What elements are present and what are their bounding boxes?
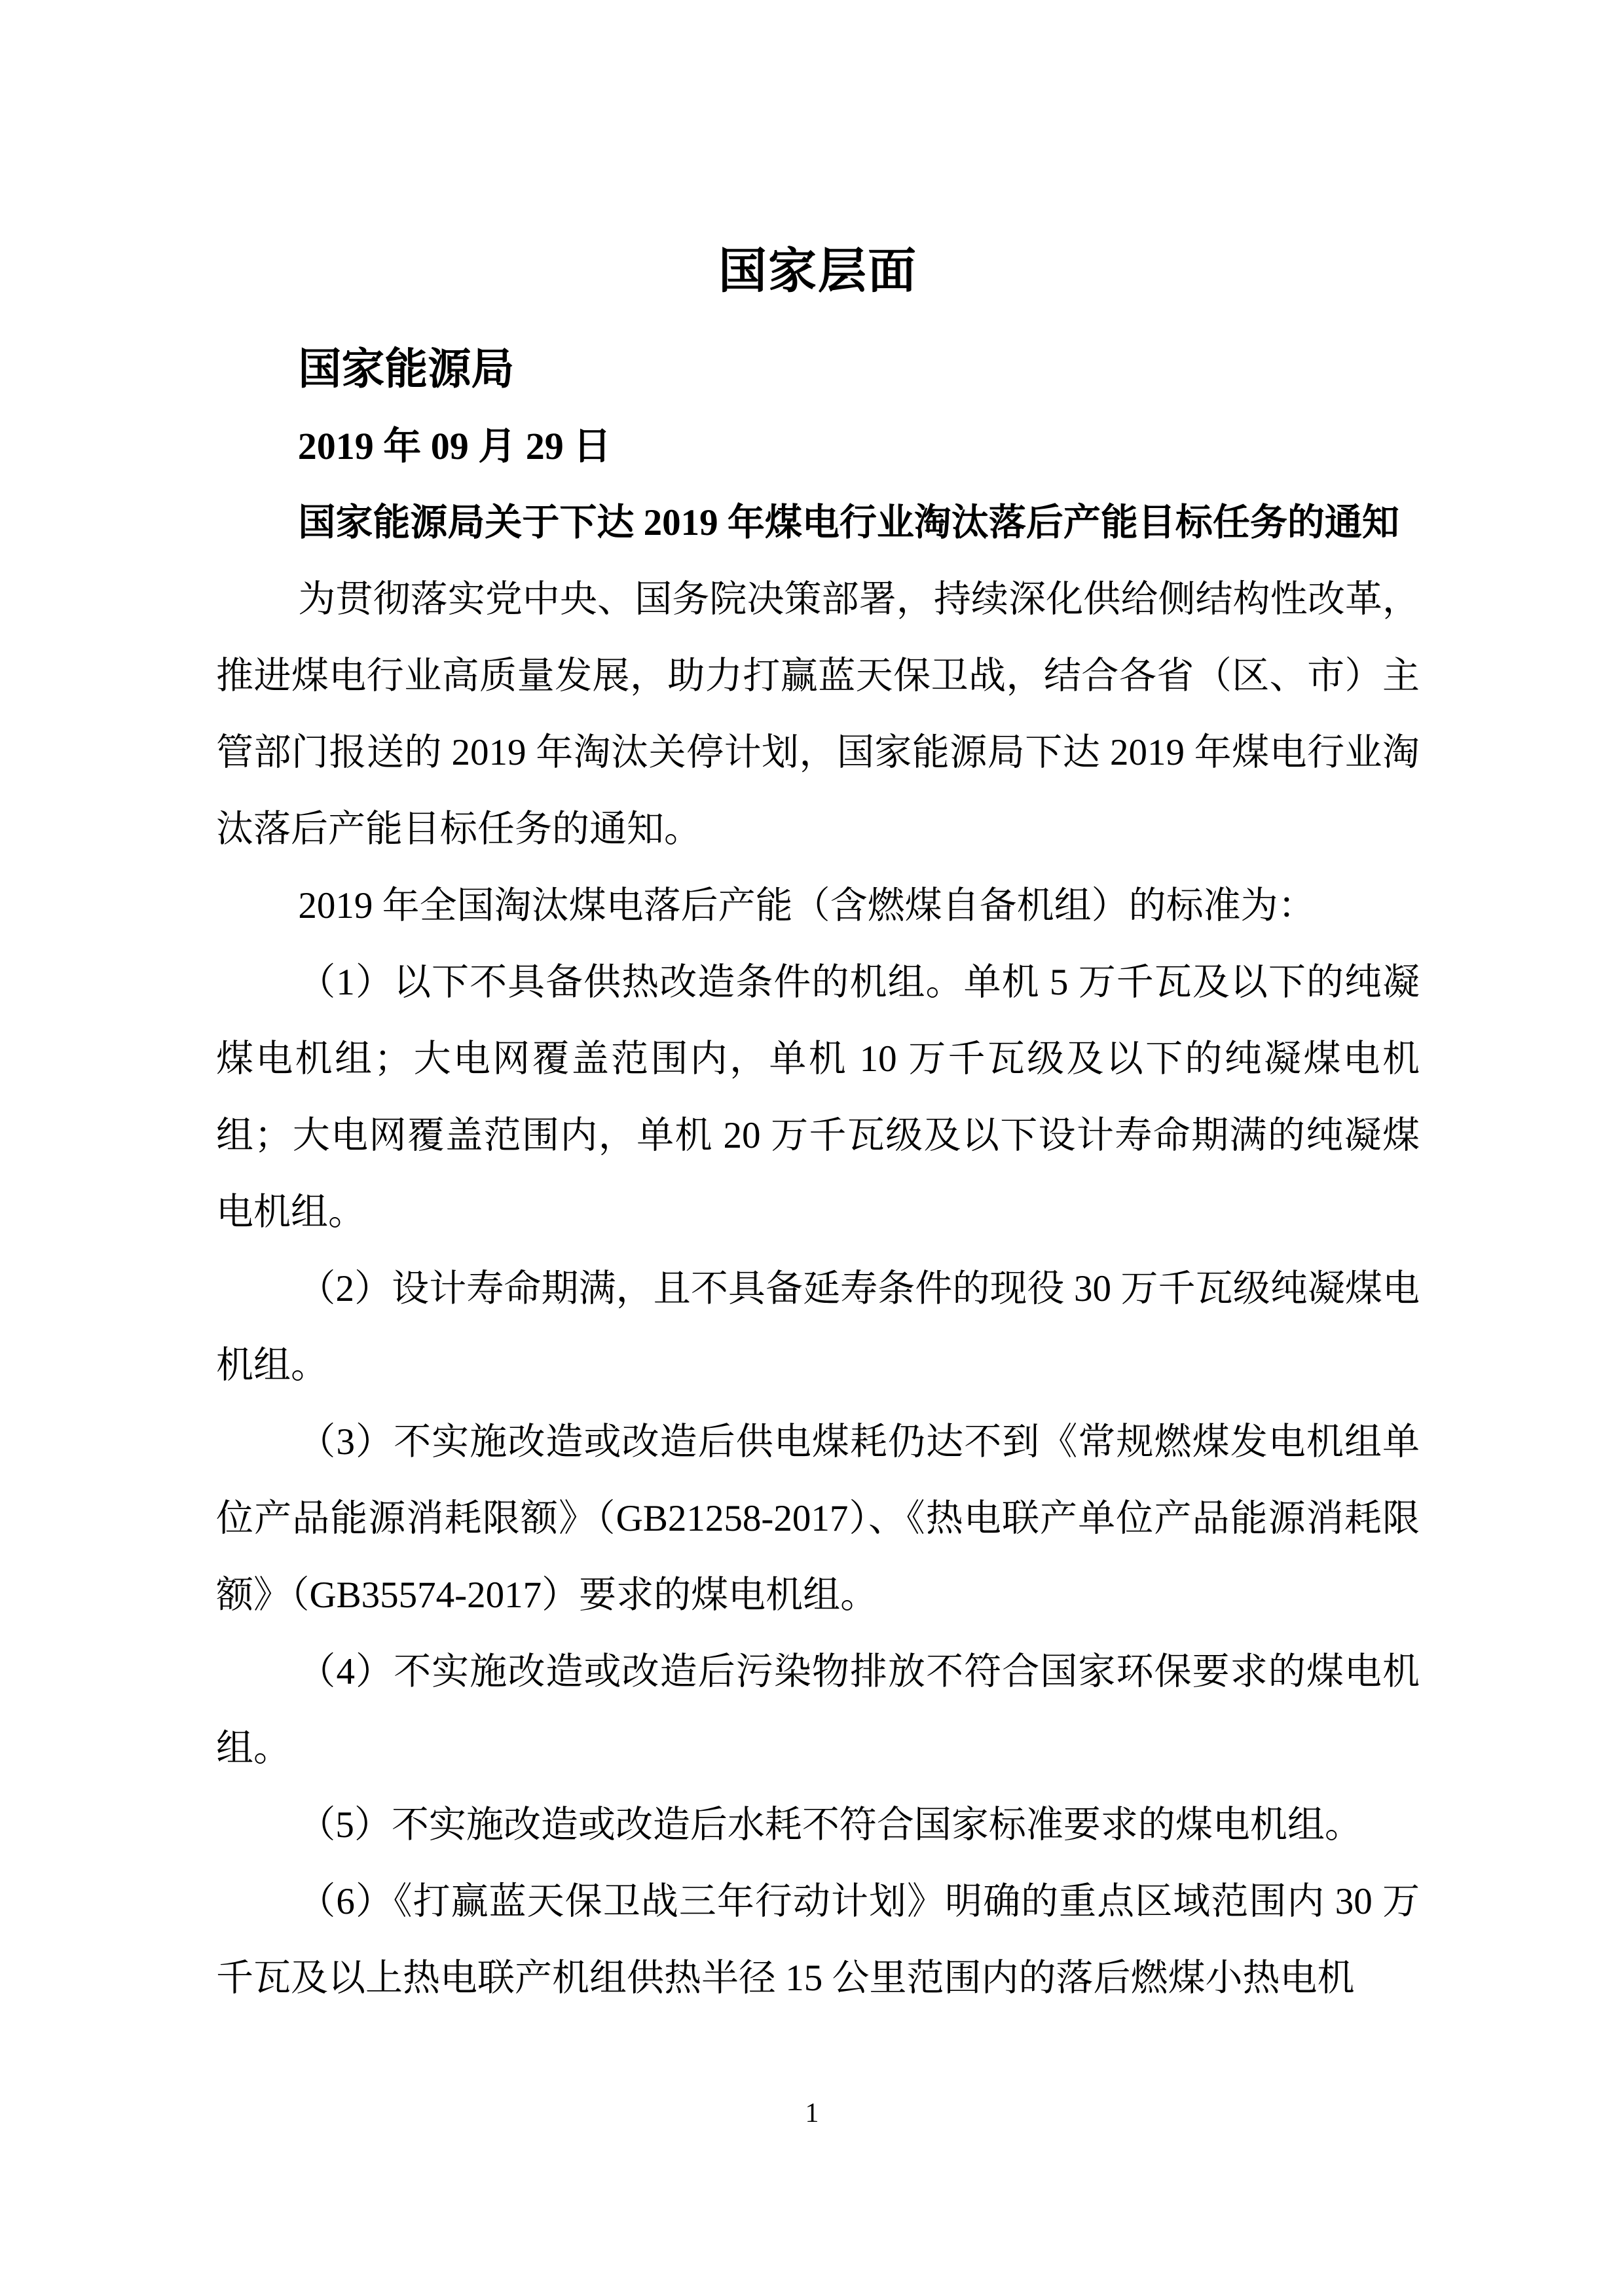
paragraph: （2）设计寿命期满，且不具备延寿条件的现役 30 万千瓦级纯凝煤电机组。 [216,1250,1420,1404]
page-title: 国家层面 [216,239,1420,304]
paragraph: （5）不实施改造或改造后水耗不符合国家标准要求的煤电机组。 [216,1787,1420,1863]
page-number: 1 [0,2097,1624,2130]
document-content: 国家层面 国家能源局 2019 年 09 月 29 日 国家能源局关于下达 20… [216,0,1420,2016]
notice-title: 国家能源局关于下达 2019 年煤电行业淘汰落后产能目标任务的通知 [216,484,1420,561]
paragraph: （1）以下不具备供热改造条件的机组。单机 5 万千瓦及以下的纯凝煤电机组；大电网… [216,944,1420,1250]
document-page: 国家层面 国家能源局 2019 年 09 月 29 日 国家能源局关于下达 20… [0,0,1624,2296]
agency-name: 国家能源局 [216,331,1420,408]
body-paragraphs: 为贯彻落实党中央、国务院决策部署，持续深化供给侧结构性改革，推进煤电行业高质量发… [216,561,1420,2016]
paragraph: （6）《打赢蓝天保卫战三年行动计划》明确的重点区域范围内 30 万千瓦及以上热电… [216,1863,1420,2016]
paragraph: （4）不实施改造或改造后污染物排放不符合国家环保要求的煤电机组。 [216,1633,1420,1787]
paragraph: （3）不实施改造或改造后供电煤耗仍达不到《常规燃煤发电机组单位产品能源消耗限额》… [216,1404,1420,1633]
publish-date: 2019 年 09 月 29 日 [216,408,1420,484]
paragraph: 为贯彻落实党中央、国务院决策部署，持续深化供给侧结构性改革，推进煤电行业高质量发… [216,561,1420,867]
paragraph: 2019 年全国淘汰煤电落后产能（含燃煤自备机组）的标准为： [216,867,1420,944]
